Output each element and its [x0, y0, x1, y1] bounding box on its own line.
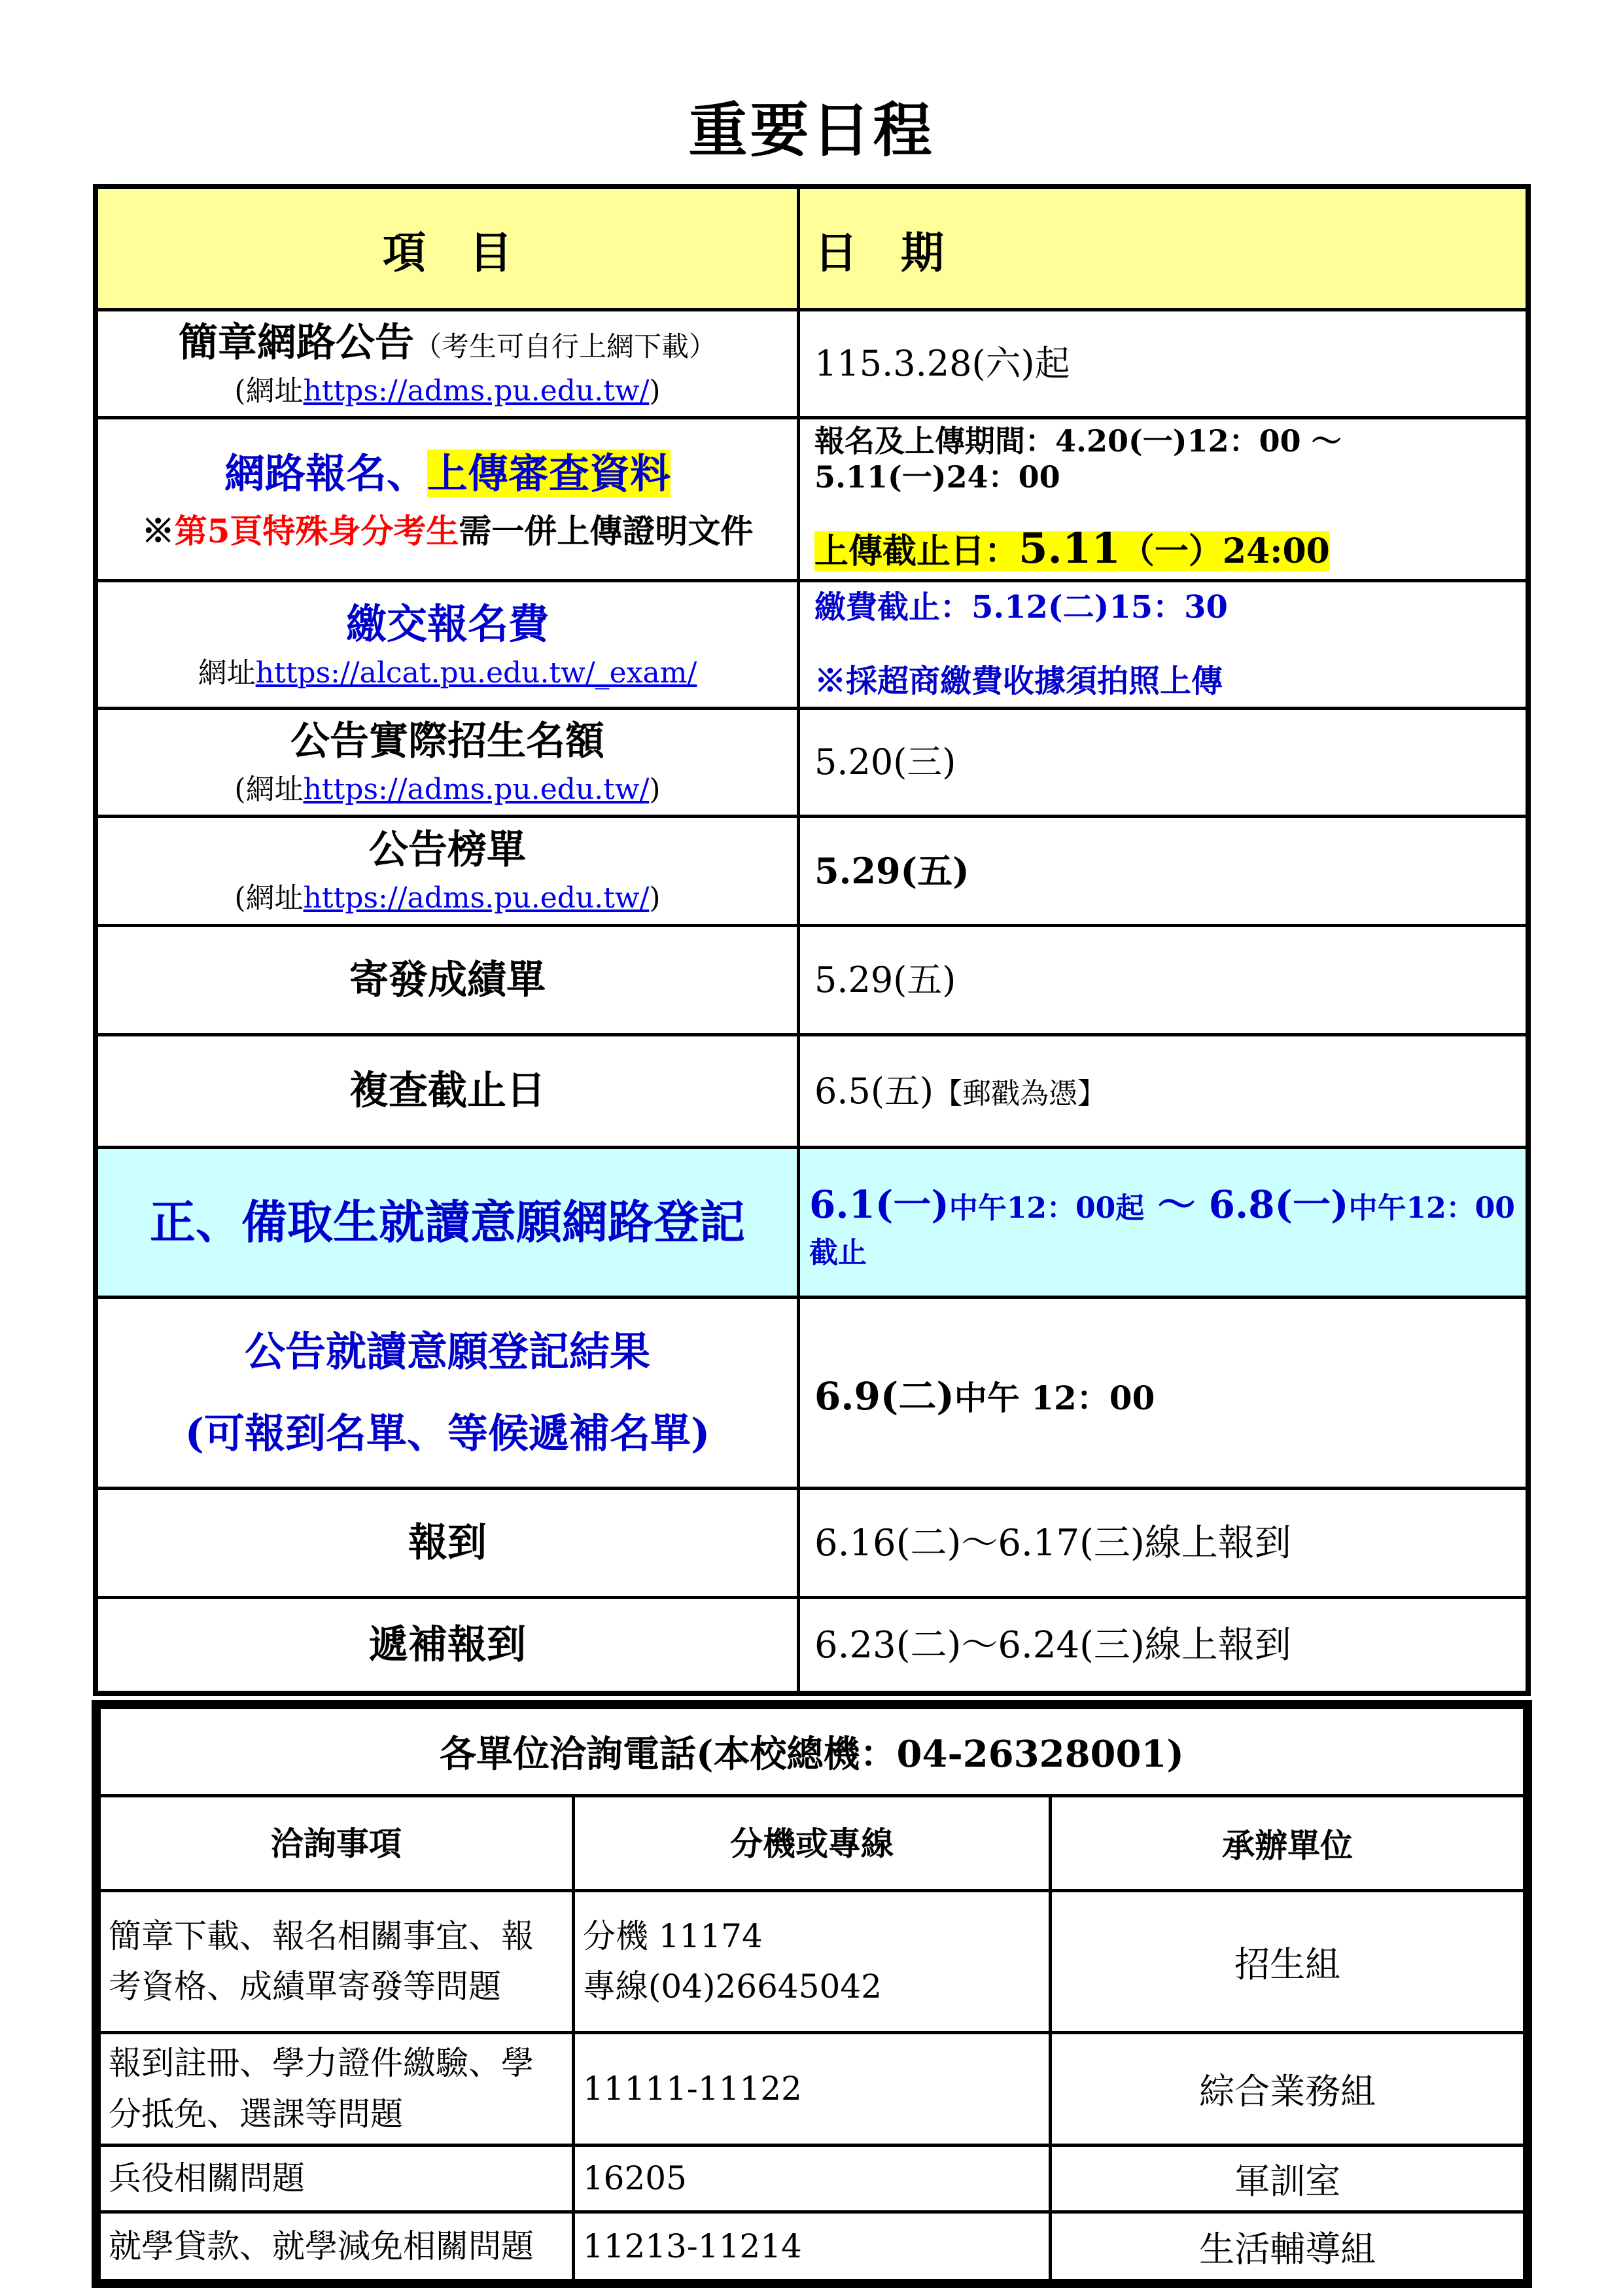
item-label: 正、備取生就讀意願網路登記 — [150, 1195, 745, 1249]
url-suffix: ) — [649, 773, 660, 806]
table-row-registration-will: 正、備取生就讀意願網路登記 6.1(一)中午12：00起 ～ 6.8(一)中午1… — [96, 1148, 1528, 1298]
adms-url-link[interactable]: https://adms.pu.edu.tw/ — [304, 773, 650, 806]
contact-row: 報到註冊、學力證件繳驗、學分抵免、選課等問題 11111-11122 綜合業務組 — [96, 2033, 1527, 2146]
item-cell-transcript: 寄發成績單 — [96, 926, 799, 1035]
page-title: 重要日程 — [0, 0, 1623, 163]
date-cell-recheck: 6.5(五)【郵戳為憑】 — [799, 1035, 1529, 1148]
date-cell-brochure: 115.3.28(六)起 — [799, 310, 1529, 418]
end-date: 6.8(一) — [1209, 1182, 1349, 1227]
item-label: 遞補報到 — [369, 1622, 526, 1668]
item-note: （考生可自行上網下載） — [414, 330, 716, 362]
item-cell-registration: 網路報名、上傳審查資料 ※第5頁特殊身分考生需一併上傳證明文件 — [96, 418, 799, 581]
item-cell-waitlist-checkin: 遞補報到 — [96, 1598, 799, 1694]
date-value: 6.23(二)～6.24(三)線上報到 — [814, 1624, 1291, 1667]
url-prefix: 網址 — [198, 656, 256, 690]
contact-phone-line: 專線(04)26645042 — [583, 1962, 1041, 2013]
item-label: 公告榜單 — [105, 826, 790, 875]
date-value: 6.16(二)～6.17(三)線上報到 — [814, 1522, 1291, 1564]
item-cell-quota: 公告實際招生名額 (網址https://adms.pu.edu.tw/) — [96, 709, 799, 817]
contact-phone: 11111-11122 — [573, 2033, 1050, 2146]
date-value: 5.29(五) — [814, 850, 969, 892]
fee-deadline: 繳費截止：5.12(二)15：30 — [814, 589, 1519, 627]
upload-deadline-time: （一）24:00 — [1121, 531, 1330, 571]
contact-header-row: 洽詢事項 分機或專線 承辦單位 — [96, 1796, 1527, 1891]
date-cell-enroll-will: 6.1(一)中午12：00起 ～ 6.8(一)中午12：00截止 — [799, 1148, 1529, 1298]
contact-table: 各單位洽詢電話(本校總機：04-26328001) 洽詢事項 分機或專線 承辦單… — [92, 1700, 1532, 2288]
registration-period: 報名及上傳期間：4.20(一)12：00 ～5.11(一)24：00 — [814, 423, 1519, 495]
table-row: 繳交報名費 網址https://alcat.pu.edu.tw/_exam/ 繳… — [96, 581, 1528, 709]
contact-header-phone: 分機或專線 — [573, 1796, 1050, 1891]
item-label: 繳交報名費 — [105, 599, 790, 650]
item-cell-checkin: 報到 — [96, 1489, 799, 1598]
item-cell-brochure: 簡章網路公告（考生可自行上網下載） (網址https://adms.pu.edu… — [96, 310, 799, 418]
contact-row: 簡章下載、報名相關事宜、報考資格、成績單寄發等問題 分機 11174 專線(04… — [96, 1891, 1527, 2033]
date-cell-checkin: 6.16(二)～6.17(三)線上報到 — [799, 1489, 1529, 1598]
contact-title-row: 各單位洽詢電話(本校總機：04-26328001) — [96, 1704, 1527, 1796]
table-row: 寄發成績單 5.29(五) — [96, 926, 1528, 1035]
date-cell-results: 5.29(五) — [799, 817, 1529, 926]
contact-matter: 簡章下載、報名相關事宜、報考資格、成績單寄發等問題 — [96, 1891, 573, 2033]
upload-deadline-highlight: 上傳截止日：5.11（一）24:00 — [814, 531, 1330, 571]
date-cell-transcript: 5.29(五) — [799, 926, 1529, 1035]
date-cell-fee: 繳費截止：5.12(二)15：30 ※採超商繳費收據須拍照上傳 — [799, 581, 1529, 709]
alcat-url-link[interactable]: https://alcat.pu.edu.tw/_exam/ — [256, 656, 697, 690]
upload-deadline-label: 上傳截止日： — [814, 531, 1019, 571]
url-suffix: ) — [649, 374, 660, 408]
table-row: 公告就讀意願登記結果 (可報到名單、等候遞補名單) 6.9(二)中午 12：00 — [96, 1298, 1528, 1489]
table-row: 報到 6.16(二)～6.17(三)線上報到 — [96, 1489, 1528, 1598]
table-header-row: 項 目 日 期 — [96, 186, 1528, 310]
contact-phone: 11213-11214 — [573, 2212, 1050, 2284]
contact-phone: 16205 — [573, 2146, 1050, 2212]
contact-matter: 兵役相關問題 — [96, 2146, 573, 2212]
contact-unit: 綜合業務組 — [1051, 2033, 1527, 2146]
table-row: 網路報名、上傳審查資料 ※第5頁特殊身分考生需一併上傳證明文件 報名及上傳期間：… — [96, 418, 1528, 581]
document-page: 重要日程 項 目 日 期 簡章網路公告（考生可自行上網下載） (網址https:… — [0, 0, 1623, 2296]
contact-matter: 報到註冊、學力證件繳驗、學分抵免、選課等問題 — [96, 2033, 573, 2146]
date-cell-will-result: 6.9(二)中午 12：00 — [799, 1298, 1529, 1489]
header-date-cell: 日 期 — [799, 186, 1529, 310]
schedule-table: 項 目 日 期 簡章網路公告（考生可自行上網下載） (網址https://adm… — [93, 184, 1531, 1696]
header-item-cell: 項 目 — [96, 186, 799, 310]
item-cell-will-result: 公告就讀意願登記結果 (可報到名單、等候遞補名單) — [96, 1298, 799, 1489]
item-label-line1: 公告就讀意願登記結果 — [105, 1326, 790, 1379]
date-cell-registration: 報名及上傳期間：4.20(一)12：00 ～5.11(一)24：00 上傳截止日… — [799, 418, 1529, 581]
date-value: 5.20(三) — [814, 741, 956, 783]
url-suffix: ) — [649, 881, 660, 915]
table-row: 簡章網路公告（考生可自行上網下載） (網址https://adms.pu.edu… — [96, 310, 1528, 418]
contact-table-title: 各單位洽詢電話(本校總機：04-26328001) — [96, 1704, 1527, 1796]
item-label: 報到 — [408, 1520, 487, 1566]
date-value: 6.5(五) — [814, 1070, 934, 1112]
adms-url-link[interactable]: https://adms.pu.edu.tw/ — [304, 374, 650, 408]
table-row: 公告實際招生名額 (網址https://adms.pu.edu.tw/) 5.2… — [96, 709, 1528, 817]
upload-deadline-date: 5.11 — [1019, 524, 1121, 573]
contact-unit: 生活輔導組 — [1051, 2212, 1527, 2284]
item-label-part1: 網路報名、 — [224, 450, 427, 497]
item-cell-results: 公告榜單 (網址https://adms.pu.edu.tw/) — [96, 817, 799, 926]
date-value: 5.29(五) — [814, 959, 956, 1000]
date-value: 6.9(二) — [814, 1374, 954, 1419]
note-asterisk: ※ — [142, 512, 175, 550]
date-cell-quota: 5.20(三) — [799, 709, 1529, 817]
adms-url-link[interactable]: https://adms.pu.edu.tw/ — [304, 881, 650, 915]
table-row: 遞補報到 6.23(二)～6.24(三)線上報到 — [96, 1598, 1528, 1694]
date-value: 115.3.28(六)起 — [814, 343, 1070, 384]
item-label: 寄發成績單 — [349, 957, 546, 1003]
contact-header-matter: 洽詢事項 — [96, 1796, 573, 1891]
range-tilde: ～ — [1144, 1182, 1208, 1227]
note-black-part: 需一併上傳證明文件 — [459, 512, 753, 550]
item-cell-enroll-will: 正、備取生就讀意願網路登記 — [96, 1148, 799, 1298]
contact-phone: 分機 11174 專線(04)26645042 — [573, 1891, 1050, 2033]
table-row: 複查截止日 6.5(五)【郵戳為憑】 — [96, 1035, 1528, 1148]
contact-unit: 招生組 — [1051, 1891, 1527, 2033]
note-red-part: 第5頁特殊身分考生 — [175, 512, 459, 550]
item-label: 公告實際招生名額 — [105, 717, 790, 766]
contact-matter: 就學貸款、就學減免相關問題 — [96, 2212, 573, 2284]
contact-unit: 軍訓室 — [1051, 2146, 1527, 2212]
item-label: 簡章網路公告 — [179, 320, 414, 366]
item-label: 複查截止日 — [349, 1068, 546, 1114]
item-label-line2: (可報到名單、等候遞補名單) — [105, 1407, 790, 1460]
url-prefix: (網址 — [234, 374, 303, 408]
date-cell-waitlist-checkin: 6.23(二)～6.24(三)線上報到 — [799, 1598, 1529, 1694]
start-date: 6.1(一) — [809, 1182, 949, 1227]
date-note: 【郵戳為憑】 — [934, 1077, 1106, 1110]
date-time: 中午 12：00 — [954, 1379, 1155, 1417]
start-time: 中午12：00起 — [949, 1192, 1144, 1225]
fee-note: ※採超商繳費收據須拍照上傳 — [814, 663, 1519, 701]
table-row: 公告榜單 (網址https://adms.pu.edu.tw/) 5.29(五) — [96, 817, 1528, 926]
contact-phone-ext: 分機 11174 — [583, 1911, 1041, 1962]
url-prefix: (網址 — [234, 773, 303, 806]
item-label-highlight: 上傳審查資料 — [427, 450, 671, 497]
item-cell-recheck: 複查截止日 — [96, 1035, 799, 1148]
contact-row: 就學貸款、就學減免相關問題 11213-11214 生活輔導組 — [96, 2212, 1527, 2284]
url-prefix: (網址 — [234, 881, 303, 915]
contact-row: 兵役相關問題 16205 軍訓室 — [96, 2146, 1527, 2212]
item-cell-fee: 繳交報名費 網址https://alcat.pu.edu.tw/_exam/ — [96, 581, 799, 709]
contact-header-unit: 承辦單位 — [1051, 1796, 1527, 1891]
